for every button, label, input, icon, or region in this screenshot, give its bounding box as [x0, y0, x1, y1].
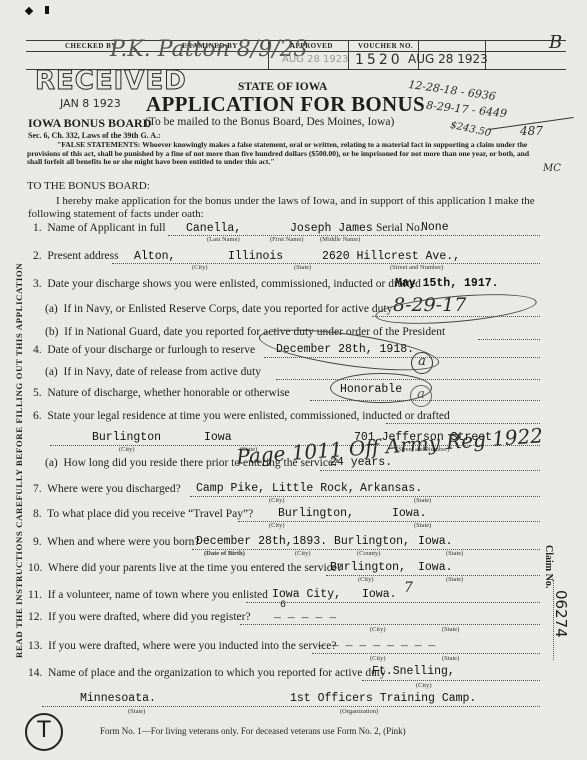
- punch-mark: [25, 7, 33, 15]
- law-reference: Sec. 6, Ch. 332, Laws of the 39th G. A.:: [28, 131, 161, 140]
- form-footer: Form No. 1—For living veterans only. For…: [100, 726, 406, 736]
- active-duty-state-field[interactable]: Minnesoata.: [80, 692, 156, 705]
- address-street-field[interactable]: 2620 Hillcrest Ave.,: [322, 250, 460, 263]
- salutation: TO THE BONUS BOARD:: [27, 180, 150, 192]
- address-city-field[interactable]: Alton,: [134, 250, 175, 263]
- active-duty-city-field[interactable]: Ft.Snelling,: [372, 665, 455, 678]
- punch-mark: [45, 6, 49, 14]
- residence-duration-field[interactable]: 24 years.: [330, 456, 392, 469]
- check-mark: a: [410, 385, 432, 407]
- parents-city-field[interactable]: Burlington,: [330, 561, 406, 574]
- voucher-date: AUG 28 1923: [408, 52, 488, 66]
- discharge-place-state-field[interactable]: Arkansas.: [360, 482, 422, 495]
- claim-number: 06274: [552, 590, 570, 638]
- voucher-label: VOUCHER NO.: [358, 42, 413, 50]
- volunteer-state-field[interactable]: Iowa.: [362, 588, 397, 601]
- birth-state-field[interactable]: Iowa.: [418, 535, 453, 548]
- circle-t-mark: T: [25, 713, 63, 751]
- birth-date-field[interactable]: December 28th,1893.: [196, 535, 327, 548]
- active-duty-org-field[interactable]: 1st Officers Training Camp.: [290, 692, 476, 705]
- corner-mark: B: [549, 32, 562, 53]
- voucher-number: 1520: [355, 52, 403, 68]
- travel-pay-state-field[interactable]: Iowa.: [392, 507, 427, 520]
- address-state-field[interactable]: Illinois: [228, 250, 283, 263]
- first-name-field[interactable]: Joseph James: [290, 222, 373, 235]
- received-date: JAN 8 1923: [60, 97, 121, 110]
- board-name: IOWA BONUS BOARD: [28, 116, 151, 131]
- discharge-place-city-field[interactable]: Camp Pike, Little Rock,: [196, 482, 355, 495]
- checked-by-signature: P.K. Patton 8/9/23: [110, 37, 308, 62]
- parents-state-field[interactable]: Iowa.: [418, 561, 453, 574]
- check-mark: a: [411, 352, 433, 374]
- serial-number-field[interactable]: None: [421, 221, 449, 234]
- page-title: APPLICATION FOR BONUS: [146, 92, 425, 117]
- approved-stamp: AUG 28 1923: [282, 54, 348, 65]
- false-statements-notice: "FALSE STATEMENTS: Whoever knowingly mak…: [27, 141, 539, 167]
- residence-state-field[interactable]: Iowa: [204, 431, 232, 444]
- residence-city-field[interactable]: Burlington: [92, 431, 161, 444]
- side-instruction: READ THE INSTRUCTIONS CAREFULLY BEFORE F…: [14, 263, 24, 658]
- intro-paragraph: I hereby make application for the bonus …: [28, 195, 540, 221]
- mail-instruction: (To be mailed to the Bonus Board, Des Mo…: [145, 116, 394, 128]
- birth-city-field[interactable]: Burlington,: [334, 535, 410, 548]
- last-name-field[interactable]: Canella,: [186, 222, 241, 235]
- draft-induction-field[interactable]: _ _ _ _ _ _ _ _ _: [318, 636, 435, 649]
- enlistment-date-field[interactable]: May 15th, 1917.: [395, 277, 499, 290]
- travel-pay-city-field[interactable]: Burlington,: [278, 507, 354, 520]
